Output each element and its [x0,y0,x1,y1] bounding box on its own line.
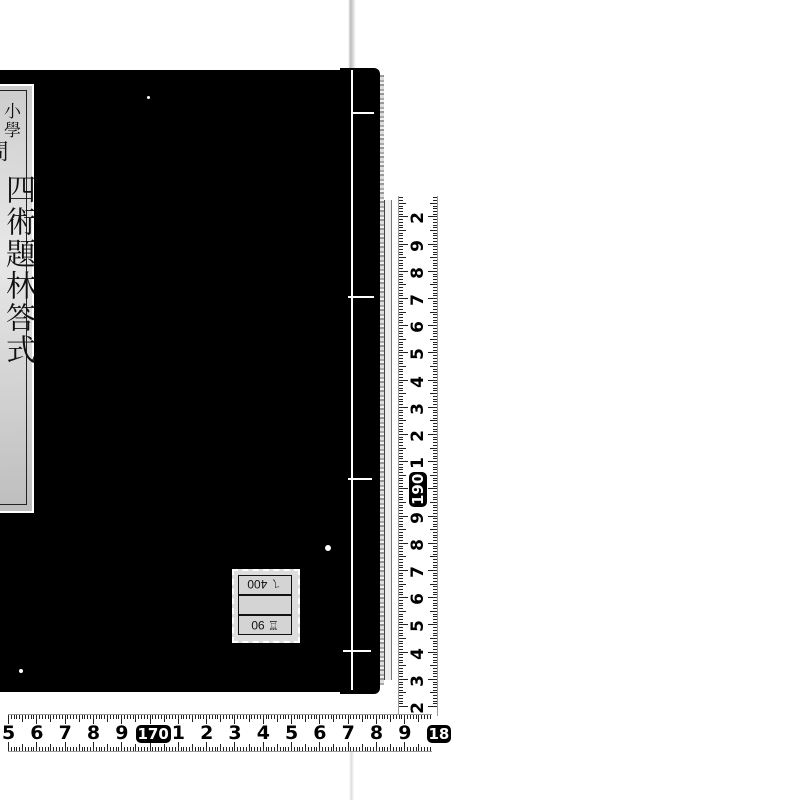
ruler-tick [399,399,403,400]
ruler-tick [274,715,275,719]
ruler-tick [189,747,190,751]
ruler-tick [393,715,394,719]
ruler-tick [84,747,85,751]
ruler-tick [311,747,312,751]
ruler-tick [79,715,80,722]
ruler-tick [433,453,437,454]
ruler-tick [399,641,403,642]
ruler-tick [433,279,437,280]
ruler-tick [158,747,159,751]
ruler-tick [433,374,437,375]
ruler-tick [399,464,403,465]
ruler-tick [399,592,403,593]
ruler-tick [96,715,97,719]
ruler-tick [251,747,252,751]
ruler-tick [399,535,403,536]
ruler-tick [433,227,437,228]
ruler-tick [430,339,437,340]
ruler-tick [433,331,437,332]
ruler-number: 5 [285,722,298,744]
ruler-number: 9 [408,508,428,528]
ruler-tick [433,197,437,198]
ruler-tick [345,747,346,751]
ruler-tick [433,480,437,481]
ruler-tick [370,747,371,751]
ruler-tick [433,592,437,593]
ruler-tick [200,715,201,719]
ruler-tick [183,747,184,751]
ruler-tick [22,715,23,722]
ruler-tick [433,622,437,623]
ruler-tick [433,301,437,302]
ruler-tick [396,715,397,719]
ruler-tick [399,450,403,451]
ruler-tick [19,715,20,719]
ruler-tick [433,263,437,264]
ruler-tick [433,608,437,609]
ruler-tick [428,325,437,326]
ruler-number: 2 [408,208,428,228]
ruler-tick [399,475,406,476]
ruler-tick [399,518,403,519]
ruler-tick [209,747,210,751]
ruler-tick [407,715,408,719]
ruler-tick [257,747,258,751]
ruler-tick [433,600,437,601]
ruler-number: 5 [2,722,15,744]
ruler-tick [399,589,403,590]
ruler-tick [399,494,403,495]
ruler-tick [428,407,437,408]
ruler-tick [373,715,374,719]
title-slip: 問 小學 四術題林答式 [0,78,46,518]
ruler-tick [135,715,136,722]
ruler-tick [399,407,408,408]
ruler-tick [399,567,403,568]
ruler-tick [294,747,295,751]
ruler-tick [399,429,403,430]
ruler-tick [433,499,437,500]
ruler-tick [339,747,340,751]
ruler-tick [399,472,403,473]
ruler-number: 3 [408,671,428,691]
ruler-tick [416,747,417,751]
ruler-tick [195,747,196,751]
ruler-tick [399,374,403,375]
ruler-tick [336,715,337,719]
ruler-tick [399,437,403,438]
ruler-tick [430,312,437,313]
ruler-tick [399,380,408,381]
ruler-tick [399,635,403,636]
ruler-tick [399,453,403,454]
ruler-tick [433,429,437,430]
ruler-tick [166,747,167,751]
ruler-tick [399,597,408,598]
ruler-tick [50,744,51,751]
ruler-tick [59,715,60,719]
ruler-tick [433,363,437,364]
ruler-tick [399,467,403,468]
ruler-tick [172,747,173,751]
ruler-tick [399,497,403,498]
ruler-tick [331,747,332,751]
ruler-tick [433,703,437,704]
ruler-number: 4 [408,644,428,664]
ruler-tick [433,336,437,337]
ruler-tick [433,439,437,440]
ruler-tick [433,682,437,683]
ruler-tick [243,715,244,719]
ruler-tick [399,314,403,315]
ruler-tick [297,747,298,751]
ruler-tick [433,649,437,650]
ruler-tick [31,715,32,719]
ruler-tick [430,611,437,612]
ruler-tick [433,567,437,568]
ruler-tick [407,747,408,751]
ruler-tick [399,439,403,440]
ruler-tick [433,412,437,413]
ruler-tick [428,597,437,598]
ruler-tick [399,282,403,283]
ruler-tick [433,695,437,696]
ruler-tick [124,715,125,719]
ruler-tick [359,747,360,751]
ruler-tick [399,303,403,304]
ruler-tick [53,715,54,719]
ruler-tick [365,747,366,751]
ruler-tick [433,442,437,443]
ruler-tick [399,214,403,215]
ruler-tick [433,668,437,669]
ruler-tick [268,715,269,719]
ruler-tick [198,715,199,719]
ruler-tick [428,570,437,571]
ruler-tick [433,535,437,536]
ruler-tick [399,276,403,277]
ruler-tick [384,715,385,719]
ruler-tick [418,715,419,722]
ruler-tick [433,225,437,226]
ruler-tick [433,643,437,644]
ruler-tick [399,396,403,397]
ruler-tick [70,715,71,719]
label-line-3: ♖ 90 [238,615,292,635]
ruler-tick [399,649,403,650]
ruler-tick [254,715,255,719]
ruler-tick [399,486,403,487]
ruler-tick [433,507,437,508]
ruler-tick [433,532,437,533]
ruler-tick [39,715,40,719]
ruler-tick [433,630,437,631]
ruler-tick [353,715,354,719]
ruler-tick [433,513,437,514]
ruler-tick [399,546,403,547]
ruler-tick [433,385,437,386]
ruler-tick [433,690,437,691]
ruler-tick [433,687,437,688]
ruler-tick [399,377,403,378]
ruler-tick [433,437,437,438]
ruler-number: 9 [408,236,428,256]
ruler-tick [399,586,403,587]
ruler-tick [277,744,278,751]
ruler-tick [399,260,403,261]
ruler-number: 9 [115,722,128,744]
ruler-tick [169,715,170,719]
ruler-tick [399,499,403,500]
ruler-tick [433,431,437,432]
binding-stitch [352,112,374,114]
ruler-tick [399,371,403,372]
ruler-tick [399,551,403,552]
ruler-tick [42,715,43,719]
ruler-tick [135,744,136,751]
ruler-tick [418,744,419,751]
ruler-tick [399,268,403,269]
ruler-tick [130,715,131,719]
ruler-tick [175,747,176,751]
ruler-tick [399,254,403,255]
ruler-tick [322,747,323,751]
ruler-tick [260,747,261,751]
ruler-tick [399,293,403,294]
ruler-tick [433,290,437,291]
ruler-tick [399,513,403,514]
ruler-tick [33,747,34,751]
ruler-tick [433,342,437,343]
ruler-tick [399,682,403,683]
ruler-tick [424,715,425,719]
ruler-tick [302,747,303,751]
ruler-tick [433,469,437,470]
ruler-tick [433,404,437,405]
ruler-tick [433,333,437,334]
ruler-tick [433,238,437,239]
ruler-tick [31,747,32,751]
ruler-tick [399,216,408,217]
ruler-tick [130,747,131,751]
ruler-tick [399,317,403,318]
ruler-tick [399,388,403,389]
ruler-tick [433,344,437,345]
ruler-tick [294,715,295,719]
ruler-tick [433,282,437,283]
ruler-tick [399,312,406,313]
ruler-number: 6 [408,589,428,609]
ruler-tick [342,715,343,719]
ruler-tick [107,715,108,722]
title-slip-paper: 問 小學 四術題林答式 [0,84,34,513]
ruler-tick [430,715,431,719]
ruler-tick [359,715,360,719]
ruler-tick [399,322,403,323]
ruler-tick [433,214,437,215]
ruler-tick [399,575,403,576]
ruler-tick [399,638,406,639]
ruler-tick [113,715,114,719]
ruler-tick [399,404,403,405]
ruler-tick [198,747,199,751]
ruler-tick [384,747,385,751]
ruler-tick [399,426,403,427]
ruler-tick [141,715,142,719]
ruler-tick [433,322,437,323]
ruler-tick [183,715,184,719]
ruler-tick [192,715,193,722]
vertical-ruler: 234567891901234567892 [398,196,438,716]
ruler-tick [433,491,437,492]
ruler-tick [399,668,403,669]
ruler-tick [308,715,309,719]
ruler-tick [399,608,403,609]
ruler-tick [399,203,406,204]
ruler-tick [430,448,437,449]
ruler-tick [433,361,437,362]
ruler-tick [433,551,437,552]
ruler-tick [399,369,403,370]
ruler-tick [110,715,111,719]
ruler-tick [203,715,204,719]
ruler-number: 190 [408,473,428,507]
ruler-tick [399,611,406,612]
ruler-tick [433,317,437,318]
ruler-tick [399,227,403,228]
ruler-tick [399,581,403,582]
ruler-tick [285,747,286,751]
ruler-tick [433,518,437,519]
ruler-tick [67,747,68,751]
ruler-tick [217,747,218,751]
ruler-tick [433,467,437,468]
ruler-tick [433,464,437,465]
ruler-tick [164,715,165,722]
ruler-tick [328,715,329,719]
ruler-tick [433,418,437,419]
ruler-tick [87,747,88,751]
ruler-tick [90,715,91,719]
ruler-tick [401,715,402,719]
ruler-tick [144,715,145,719]
ruler-number: 7 [342,722,355,744]
ruler-tick [433,268,437,269]
ruler-tick [399,458,403,459]
ruler-tick [399,516,408,517]
ruler-tick [166,715,167,719]
ruler-tick [133,715,134,719]
scan-streak [348,0,356,72]
ruler-tick [433,614,437,615]
ruler-number: 2 [408,426,428,446]
ruler-number: 5 [408,616,428,636]
ruler-tick [260,715,261,719]
ruler-tick [433,200,437,201]
ruler-tick [428,244,437,245]
ruler-tick [433,510,437,511]
ruler-tick [430,393,437,394]
ruler-tick [331,715,332,719]
ruler-tick [399,491,403,492]
ruler-tick [430,692,437,693]
ruler-tick [430,638,437,639]
ruler-tick [158,715,159,719]
ruler-tick [428,352,437,353]
ruler-tick [427,747,428,751]
ruler-tick [433,486,437,487]
ruler-tick [399,347,403,348]
ruler-tick [283,747,284,751]
ruler-tick [430,665,437,666]
ruler-tick [288,715,289,719]
ruler-tick [399,410,403,411]
ruler-tick [433,654,437,655]
ruler-tick [433,233,437,234]
ruler-tick [433,347,437,348]
ruler-tick [181,715,182,719]
ruler-tick [186,715,187,719]
ruler-tick [240,715,241,719]
ruler-tick [433,456,437,457]
library-label: ㄟ 400 ♖ 90 [232,569,300,643]
ruler-tick [25,715,26,719]
ruler-number: 4 [257,722,270,744]
ruler-tick [399,235,403,236]
ruler-tick [152,715,153,719]
ruler-tick [433,328,437,329]
ruler-tick [399,600,403,601]
ruler-tick [399,263,403,264]
ruler-tick [399,342,403,343]
ruler-tick [428,679,437,680]
ruler-tick [25,747,26,751]
ruler-tick [181,747,182,751]
ruler-tick [107,744,108,751]
ruler-number: 5 [408,344,428,364]
ruler-tick [428,488,437,489]
ruler-tick [399,393,406,394]
ruler-tick [399,287,403,288]
ruler-tick [399,643,403,644]
ruler-tick [399,559,403,560]
ruler-tick [399,521,403,522]
ruler-tick [433,546,437,547]
ruler-tick [362,744,363,751]
ruler-tick [399,415,403,416]
ruler-tick [271,747,272,751]
ruler-tick [249,715,250,722]
ruler-tick [127,747,128,751]
ruler-tick [433,619,437,620]
ruler-tick [430,366,437,367]
ruler-tick [353,747,354,751]
ruler-tick [433,287,437,288]
ruler-tick [430,257,437,258]
ruler-tick [336,747,337,751]
ruler-number: 8 [370,722,383,744]
ruler-tick [390,744,391,751]
speck [147,96,150,99]
ruler-tick [399,241,403,242]
ruler-tick [271,715,272,719]
ruler-tick [430,502,437,503]
ruler-tick [433,252,437,253]
ruler-tick [399,578,403,579]
ruler-number: 7 [59,722,72,744]
speck [325,545,331,551]
ruler-tick [433,390,437,391]
